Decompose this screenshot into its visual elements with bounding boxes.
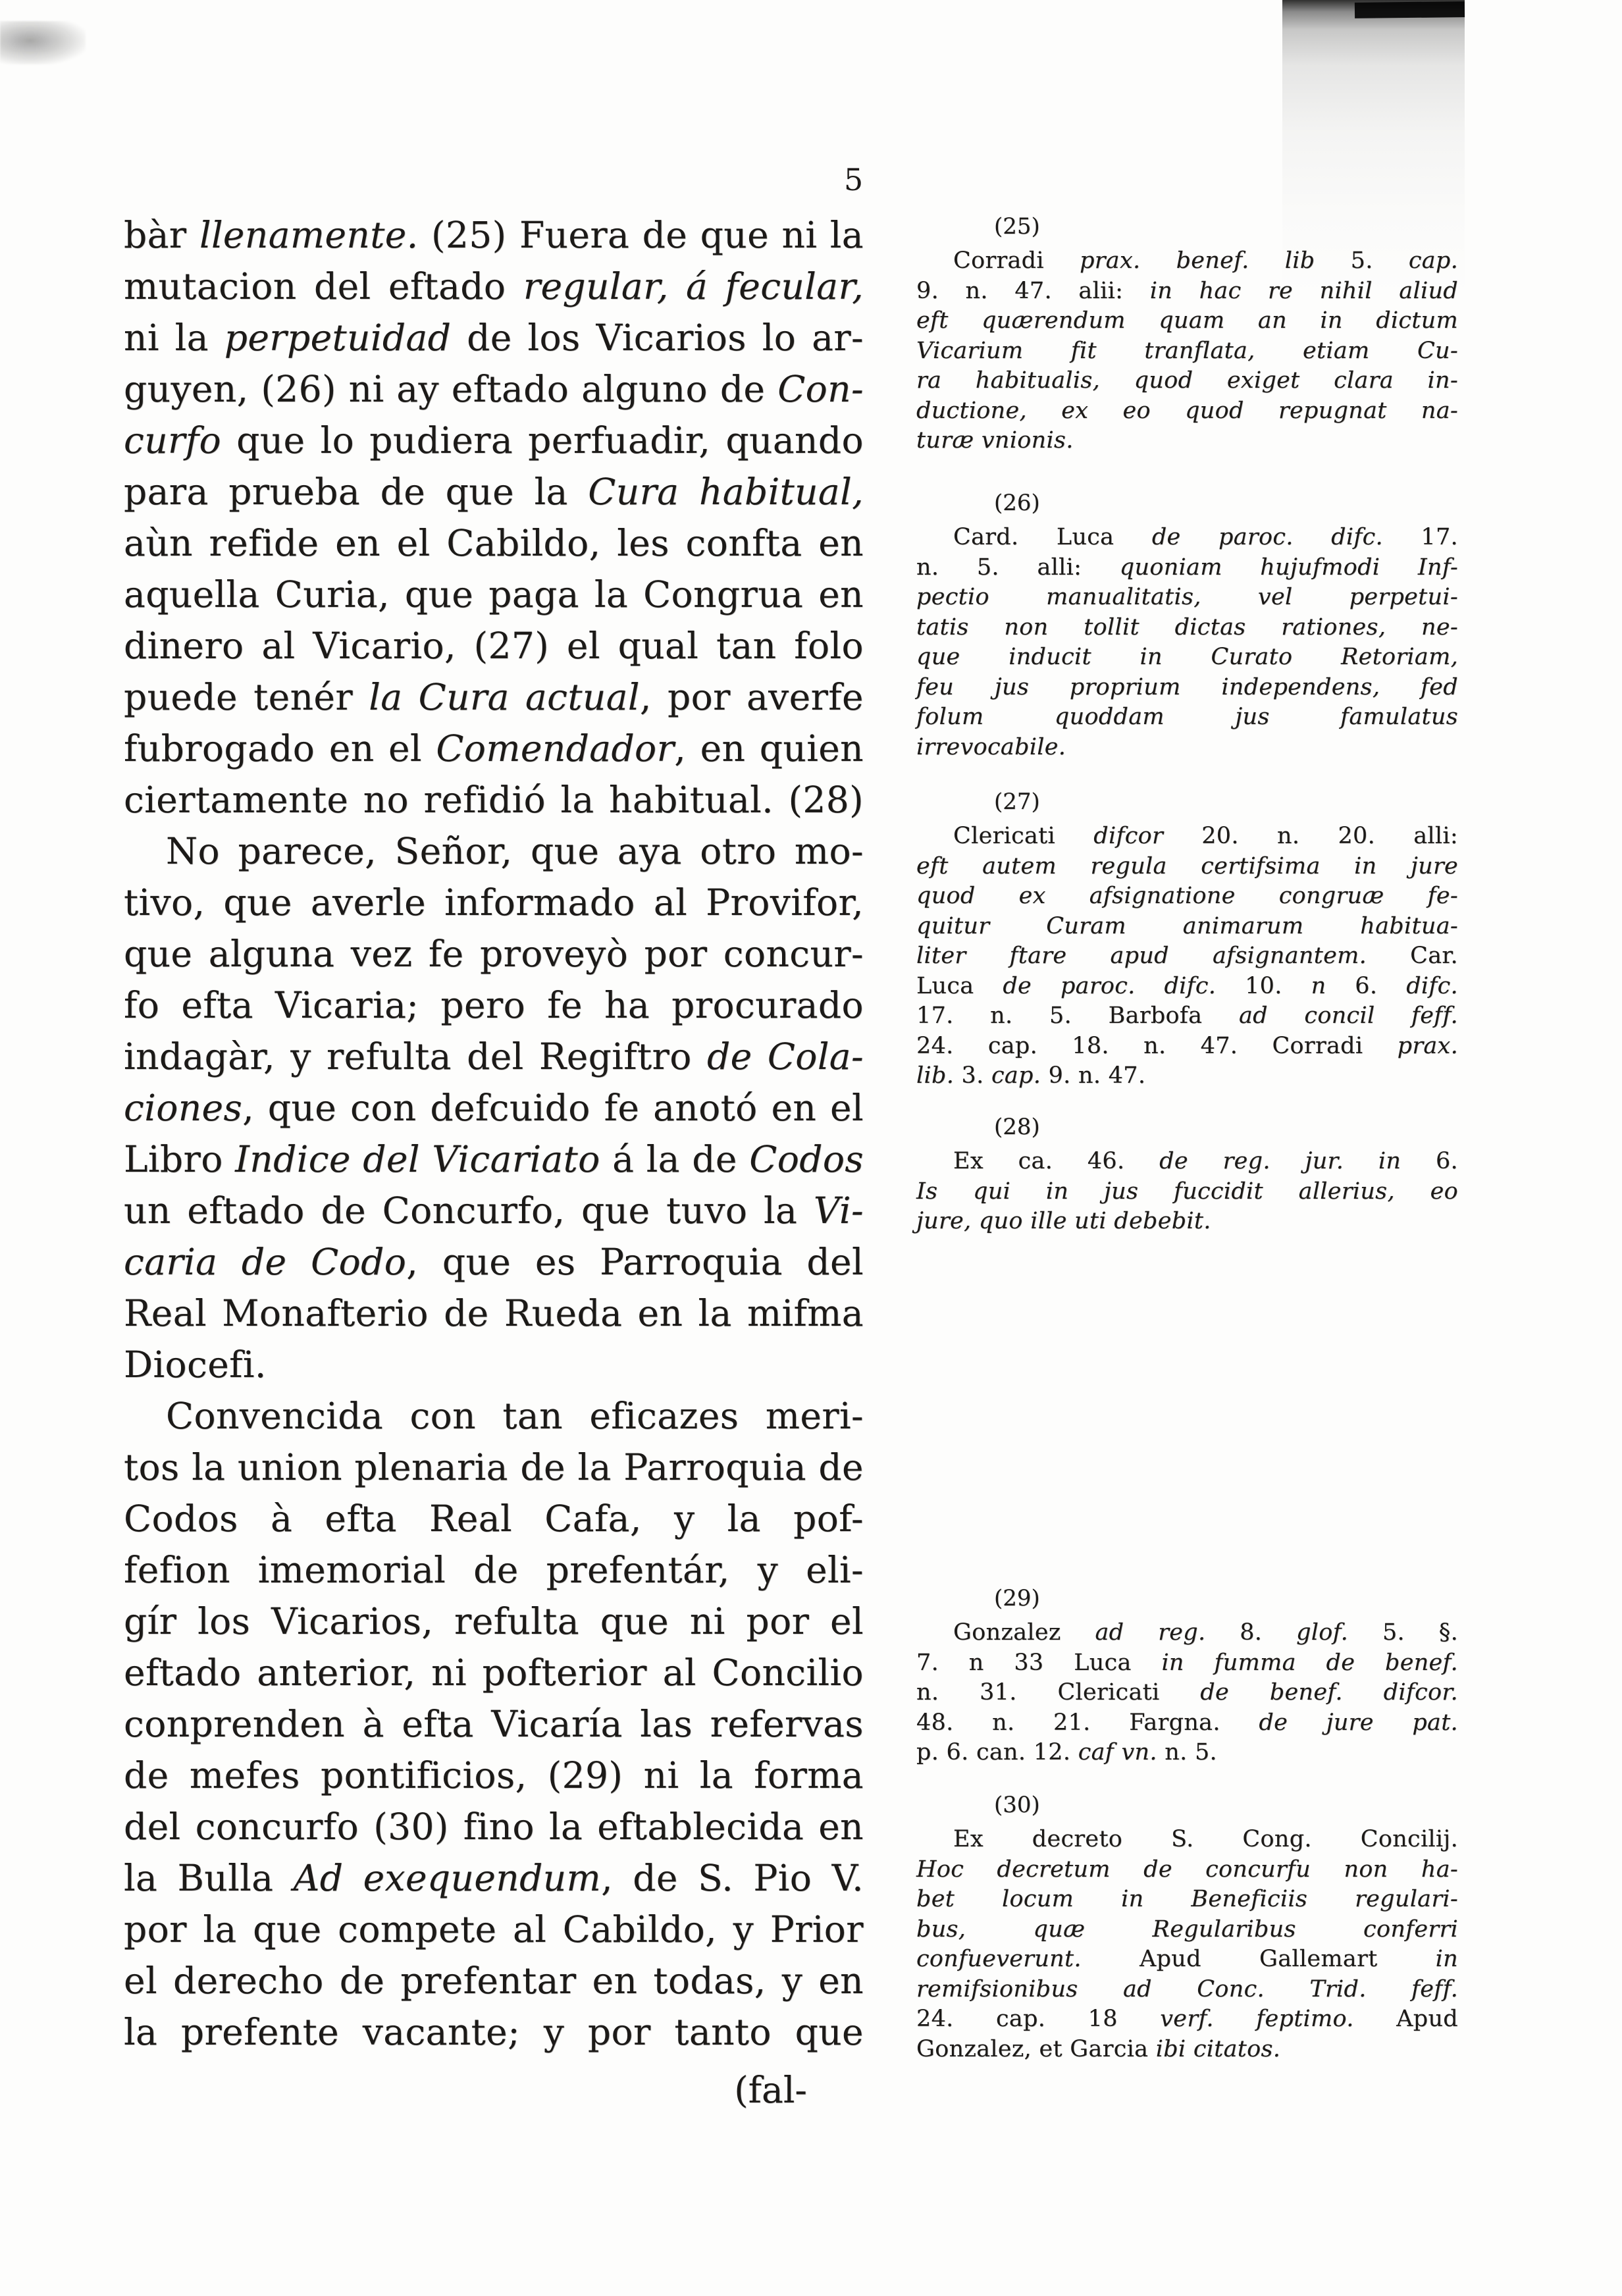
note-line: 9. n. 47. alii: in hac re nihil aliud — [916, 276, 1458, 307]
text-segment: 24. cap. 18 — [916, 2006, 1160, 2032]
italic-text-segment: Vi- — [814, 1189, 864, 1232]
italic-text-segment: llenamente. — [199, 214, 419, 256]
note-line: Vicarium fit tranflata, etiam Cu- — [916, 336, 1458, 367]
italic-text-segment: remifsionibus ad Conc. Trid. feff. — [916, 1976, 1458, 2002]
italic-text-segment: Vicarium fit tranflata, etiam Cu- — [916, 338, 1458, 364]
text-segment: un eftado de Concurfo, que tuvo la — [124, 1189, 814, 1232]
text-line: Codos à efta Real Cafa, y la pof- — [124, 1493, 864, 1544]
text-segment: aquella Curia, que paga la Congrua en — [124, 573, 864, 615]
page-number: 5 — [844, 165, 863, 195]
note-line: ra habitualis, quod exiget clara in- — [916, 366, 1458, 396]
text-line: Convencida con tan eficazes meri- — [124, 1390, 864, 1442]
main-text-column: bàr llenamente. (25) Fuera de que ni lam… — [124, 209, 864, 2058]
text-segment: Clericati — [953, 823, 1093, 849]
italic-text-segment: ciones — [124, 1087, 242, 1129]
scan-smudge-top-left — [0, 21, 86, 65]
italic-text-segment: lib. — [916, 1062, 962, 1089]
italic-text-segment: ad reg. — [1095, 1619, 1240, 1646]
text-segment: Convencida con tan eficazes meri- — [166, 1395, 864, 1437]
scan-noise-top-right-dark-band — [1355, 1, 1465, 18]
note-line: feu jus proprium independens, fed — [916, 673, 1458, 703]
text-segment: para prueba de que la — [124, 471, 588, 513]
text-line: mutacion del eftado regular, á fecular, — [124, 261, 864, 312]
text-segment: 5. — [1351, 248, 1409, 274]
margin-note: (28)Ex ca. 46. de reg. jur. in 6.Is qui … — [916, 1112, 1458, 1237]
text-line: ni la perpetuidad de los Vicarios lo ar- — [124, 312, 864, 363]
text-segment: puede tenér — [124, 676, 369, 718]
note-line: jure, quo ille uti debebit. — [916, 1207, 1458, 1237]
text-line: tos la union plenaria de la Parroquia de — [124, 1442, 864, 1493]
italic-text-segment: Cura habitual, — [588, 471, 864, 513]
note-line: liter ftare apud afsignantem. Car. — [916, 941, 1458, 972]
text-segment: Apud Gallemart — [1082, 1946, 1436, 1972]
text-line: fo efta Vicaria; pero fe ha procurado — [124, 979, 864, 1031]
text-segment: guyen, (26) ni ay eftado alguno de — [124, 368, 777, 410]
text-line: Diocefi. — [124, 1339, 864, 1390]
italic-text-segment: de paroc. difc. — [1003, 973, 1245, 999]
text-segment: ciertamente no refidió la habitual. (28) — [124, 779, 864, 821]
italic-text-segment: caf vn. — [1078, 1739, 1165, 1765]
margin-note: (29)Gonzalez ad reg. 8. glof. 5. §.7. n … — [916, 1584, 1458, 1768]
text-line: conprenden à efta Vicaría las refervas — [124, 1698, 864, 1750]
italic-text-segment: eft autem regula certifsima in jure — [916, 853, 1458, 879]
italic-text-segment: de jure pat. — [1259, 1709, 1458, 1736]
note-line: irrevocabile. — [916, 733, 1458, 763]
text-segment: Codos à efta Real Cafa, y la pof- — [124, 1498, 864, 1540]
text-segment: 20. n. 20. alli: — [1201, 823, 1458, 849]
text-segment: Ex decreto S. Cong. Concilij. — [953, 1826, 1458, 1852]
text-line: ciones, que con defcuido fe anotó en el — [124, 1082, 864, 1134]
note-line: que inducit in Curato Retoriam, — [916, 642, 1458, 673]
text-segment: 17. — [1421, 524, 1458, 550]
margin-note: (25)Corradi prax. benef. lib 5. cap.9. n… — [916, 212, 1458, 456]
text-line: que alguna vez fe proveyò por concur- — [124, 928, 864, 979]
text-segment: , por averfe — [640, 676, 864, 718]
text-segment: p. 6. can. 12. — [916, 1739, 1078, 1765]
text-segment: 3. — [962, 1062, 991, 1089]
text-segment: que lo pudiera perfuadir, quando — [221, 419, 864, 461]
text-segment: por la que compete al Cabildo, y Prior — [124, 1908, 864, 1950]
catchword: (fal- — [124, 2064, 807, 2116]
italic-text-segment: caria de Codo — [124, 1241, 406, 1283]
italic-text-segment: bet locum in Beneficiis regulari- — [916, 1886, 1458, 1912]
text-segment: 10. — [1245, 973, 1311, 999]
text-segment: Gonzalez — [953, 1619, 1095, 1646]
text-line: curfo que lo pudiera perfuadir, quando — [124, 415, 864, 466]
text-segment: Gonzalez, et Garcia — [916, 2036, 1156, 2062]
note-line: n. 31. Clericati de benef. difcor. — [916, 1678, 1458, 1708]
text-line: Libro Indice del Vicariato á la de Codos — [124, 1134, 864, 1185]
italic-text-segment: cap. — [991, 1062, 1049, 1089]
note-line: Gonzalez ad reg. 8. glof. 5. §. — [916, 1618, 1458, 1648]
italic-text-segment: la Cura actual — [369, 676, 640, 718]
text-segment: 17. n. 5. Barbofa — [916, 1003, 1239, 1029]
text-segment: la prefente vacante; y por tanto que — [124, 2011, 864, 2053]
text-segment: eftado anterior, ni pofterior al Concili… — [124, 1652, 864, 1694]
note-line: 17. n. 5. Barbofa ad concil feff. — [916, 1001, 1458, 1031]
text-segment: de los Vicarios lo ar- — [451, 317, 864, 359]
italic-text-segment: Hoc decretum de concurfu non ha- — [916, 1856, 1458, 1883]
note-number-label: (27) — [994, 787, 1458, 822]
note-line: lib. 3. cap. 9. n. 47. — [916, 1061, 1458, 1091]
text-segment: tos la union plenaria de la Parroquia de — [124, 1446, 864, 1488]
text-line: fubrogado en el Comendador, en quien — [124, 723, 864, 774]
note-number-label: (29) — [994, 1584, 1458, 1618]
italic-text-segment: de reg. jur. in — [1159, 1148, 1436, 1174]
text-segment: , que es Parroquia del — [406, 1241, 864, 1283]
note-line: Ex ca. 46. de reg. jur. in 6. — [916, 1147, 1458, 1177]
italic-text-segment: confueverunt. — [916, 1946, 1082, 1972]
note-number-label: (28) — [994, 1112, 1458, 1147]
italic-text-segment: regular, á fecular, — [523, 265, 864, 307]
text-segment: Luca — [916, 973, 1003, 999]
text-line: de mefes pontificios, (29) ni la forma — [124, 1750, 864, 1801]
italic-text-segment: ra habitualis, quod exiget clara in- — [916, 367, 1458, 394]
italic-text-segment: difcor — [1093, 823, 1201, 849]
text-segment: el derecho de prefentar en todas, y en — [124, 1960, 864, 2002]
italic-text-segment: in fumma de benef. — [1161, 1650, 1458, 1676]
text-line: puede tenér la Cura actual, por averfe — [124, 671, 864, 723]
note-number-label: (26) — [994, 488, 1458, 523]
text-line: para prueba de que la Cura habitual, — [124, 466, 864, 517]
text-segment: n. 5. alli: — [916, 554, 1120, 581]
text-segment: 48. n. 21. Fargna. — [916, 1709, 1259, 1736]
note-line: eft quærendum quam an in dictum — [916, 306, 1458, 336]
text-segment: 6. — [1436, 1148, 1458, 1174]
note-line: Card. Luca de paroc. difc. 17. — [916, 523, 1458, 553]
text-segment: n. 31. Clericati — [916, 1679, 1200, 1706]
text-line: gír los Vicarios, refulta que ni por el — [124, 1596, 864, 1647]
text-segment: fo efta Vicaria; pero fe ha procurado — [124, 984, 864, 1026]
text-segment: gír los Vicarios, refulta que ni por el — [124, 1600, 864, 1642]
italic-text-segment: feu jus proprium independens, fed — [916, 674, 1458, 700]
text-segment: Car. — [1367, 943, 1458, 969]
text-line: la prefente vacante; y por tanto que — [124, 2006, 864, 2058]
italic-text-segment: Con- — [777, 368, 864, 410]
text-line: caria de Codo, que es Parroquia del — [124, 1236, 864, 1288]
margin-note: (30)Ex decreto S. Cong. Concilij.Hoc dec… — [916, 1790, 1458, 2064]
text-segment: á la de — [600, 1138, 750, 1180]
margin-note: (27)Clericati difcor 20. n. 20. alli:eft… — [916, 787, 1458, 1091]
italic-text-segment: in — [1436, 1946, 1458, 1972]
text-line: aquella Curia, que paga la Congrua en — [124, 569, 864, 620]
text-segment: n. 5. — [1164, 1739, 1217, 1765]
text-segment: aùn refide en el Cabildo, les confta en — [124, 522, 864, 564]
note-line: Clericati difcor 20. n. 20. alli: — [916, 822, 1458, 852]
italic-text-segment: Indice del Vicariato — [235, 1138, 600, 1180]
note-line: Ex decreto S. Cong. Concilij. — [916, 1825, 1458, 1855]
scanned-page: 5 bàr llenamente. (25) Fuera de que ni l… — [0, 0, 1622, 2296]
note-line: ductione, ex eo quod repugnat na- — [916, 396, 1458, 427]
note-line: turæ vnionis. — [916, 426, 1458, 456]
text-segment: dinero al Vicario, (27) el qual tan folo — [124, 625, 864, 667]
text-segment: 9. n. 47. — [1049, 1062, 1146, 1089]
italic-text-segment: verf. feptimo. — [1160, 2006, 1396, 2032]
text-line: guyen, (26) ni ay eftado alguno de Con- — [124, 363, 864, 415]
italic-text-segment: irrevocabile. — [916, 734, 1066, 760]
margin-note: (26)Card. Luca de paroc. difc. 17.n. 5. … — [916, 488, 1458, 762]
text-segment: la Bulla — [124, 1857, 294, 1899]
text-segment: Diocefi. — [124, 1344, 267, 1386]
text-line: dinero al Vicario, (27) el qual tan folo — [124, 620, 864, 671]
italic-text-segment: eft quærendum quam an in dictum — [916, 307, 1458, 334]
text-line: eftado anterior, ni pofterior al Concili… — [124, 1647, 864, 1698]
note-line: 24. cap. 18. n. 47. Corradi prax. — [916, 1031, 1458, 1062]
note-line: Luca de paroc. difc. 10. n 6. difc. — [916, 972, 1458, 1002]
text-line: la Bulla Ad exequendum, de S. Pio V. — [124, 1852, 864, 1904]
note-line: bet locum in Beneficiis regulari- — [916, 1885, 1458, 1915]
text-segment: Corradi — [953, 248, 1080, 274]
note-line: pectio manualitatis, vel perpetui- — [916, 583, 1458, 613]
text-line: tivo, que averle informado al Provifor, — [124, 877, 864, 928]
text-segment: (25) Fuera de que ni la — [419, 214, 864, 256]
note-line: 48. n. 21. Fargna. de jure pat. — [916, 1708, 1458, 1738]
italic-text-segment: Comendador — [436, 727, 674, 770]
note-line: tatis non tollit dictas rationes, ne- — [916, 613, 1458, 643]
italic-text-segment: de paroc. difc. — [1152, 524, 1421, 550]
italic-text-segment: glof. — [1296, 1619, 1382, 1646]
note-line: confueverunt. Apud Gallemart in — [916, 1944, 1458, 1975]
italic-text-segment: de benef. difcor. — [1200, 1679, 1458, 1706]
italic-text-segment: in hac re nihil aliud — [1150, 278, 1458, 304]
note-line: 7. n 33 Luca in fumma de benef. — [916, 1648, 1458, 1679]
text-segment: mutacion del eftado — [124, 265, 523, 307]
italic-text-segment: tatis non tollit dictas rationes, ne- — [916, 614, 1458, 640]
italic-text-segment: de Cola- — [707, 1035, 864, 1078]
note-line: folum quoddam jus famulatus — [916, 702, 1458, 733]
text-segment: que alguna vez fe proveyò por concur- — [124, 933, 864, 975]
text-segment: conprenden à efta Vicaría las refervas — [124, 1703, 864, 1745]
text-segment: 5. §. — [1382, 1619, 1458, 1646]
text-line: un eftado de Concurfo, que tuvo la Vi- — [124, 1185, 864, 1236]
text-line: del concurfo (30) fino la eftablecida en — [124, 1801, 864, 1852]
text-segment: Apud — [1396, 2006, 1458, 2032]
text-segment: , de S. Pio V. — [601, 1857, 864, 1899]
text-segment: No parece, Señor, que aya otro mo- — [166, 830, 864, 872]
note-line: 24. cap. 18 verf. feptimo. Apud — [916, 2004, 1458, 2035]
italic-text-segment: prax. — [1398, 1033, 1458, 1059]
italic-text-segment: Is qui in jus fuccidit allerius, eo — [916, 1178, 1458, 1205]
italic-text-segment: perpetuidad — [224, 317, 452, 359]
note-line: quitur Curam animarum habitua- — [916, 912, 1458, 942]
note-line: Gonzalez, et Garcia ibi citatos. — [916, 2035, 1458, 2065]
note-line: eft autem regula certifsima in jure — [916, 852, 1458, 882]
text-segment: Real Monafterio de Rueda en la mifma — [124, 1292, 864, 1334]
note-number-label: (25) — [994, 212, 1458, 246]
text-segment: fefion imemorial de prefentár, y eli- — [124, 1549, 864, 1591]
text-segment: 7. n 33 Luca — [916, 1650, 1161, 1676]
text-line: por la que compete al Cabildo, y Prior — [124, 1904, 864, 1955]
italic-text-segment: pectio manualitatis, vel perpetui- — [916, 584, 1458, 610]
text-segment: bàr — [124, 214, 199, 256]
italic-text-segment: liter ftare apud afsignantem. — [916, 943, 1367, 969]
italic-text-segment: ibi citatos. — [1156, 2036, 1280, 2062]
note-line: Corradi prax. benef. lib 5. cap. — [916, 246, 1458, 276]
italic-text-segment: Ad exequendum — [294, 1857, 602, 1899]
text-line: fefion imemorial de prefentár, y eli- — [124, 1544, 864, 1596]
text-segment: de mefes pontificios, (29) ni la forma — [124, 1754, 864, 1796]
text-line: bàr llenamente. (25) Fuera de que ni la — [124, 209, 864, 261]
text-line: No parece, Señor, que aya otro mo- — [124, 825, 864, 877]
text-line: indagàr, y refulta del Regiftro de Cola- — [124, 1031, 864, 1082]
text-line: ciertamente no refidió la habitual. (28) — [124, 774, 864, 825]
text-segment: ni la — [124, 317, 224, 359]
italic-text-segment: quoniam hujufmodi Inf- — [1120, 554, 1458, 581]
note-line: remifsionibus ad Conc. Trid. feff. — [916, 1975, 1458, 2005]
note-line: p. 6. can. 12. caf vn. n. 5. — [916, 1738, 1458, 1768]
text-segment: Card. Luca — [953, 524, 1152, 550]
note-line: bus, quæ Regularibus conferri — [916, 1915, 1458, 1945]
italic-text-segment: folum quoddam jus famulatus — [916, 704, 1458, 730]
italic-text-segment: prax. benef. lib — [1080, 248, 1351, 274]
italic-text-segment: ductione, ex eo quod repugnat na- — [916, 398, 1458, 424]
text-segment: indagàr, y refulta del Regiftro — [124, 1035, 707, 1078]
italic-text-segment: difc. — [1406, 973, 1458, 999]
text-line: Real Monafterio de Rueda en la mifma — [124, 1288, 864, 1339]
italic-text-segment: jure, quo ille uti debebit. — [916, 1208, 1211, 1234]
text-segment: 6. — [1355, 973, 1406, 999]
italic-text-segment: ad concil feff. — [1239, 1003, 1458, 1029]
text-segment: Libro — [124, 1138, 235, 1180]
text-segment: tivo, que averle informado al Provifor, — [124, 881, 864, 924]
italic-text-segment: curfo — [124, 419, 221, 461]
italic-text-segment: bus, quæ Regularibus conferri — [916, 1916, 1458, 1943]
text-segment: del concurfo (30) fino la eftablecida en — [124, 1806, 864, 1848]
note-line: Is qui in jus fuccidit allerius, eo — [916, 1177, 1458, 1207]
italic-text-segment: turæ vnionis. — [916, 427, 1074, 454]
text-segment: , que con defcuido fe anotó en el — [242, 1087, 864, 1129]
text-segment: fubrogado en el — [124, 727, 436, 770]
note-line: Hoc decretum de concurfu non ha- — [916, 1855, 1458, 1885]
note-line: quod ex afsignatione congruæ fe- — [916, 881, 1458, 912]
text-segment: Ex ca. 46. — [953, 1148, 1159, 1174]
text-segment: 9. n. 47. alii: — [916, 278, 1150, 304]
text-segment: 24. cap. 18. n. 47. Corradi — [916, 1033, 1398, 1059]
note-line: n. 5. alli: quoniam hujufmodi Inf- — [916, 553, 1458, 583]
italic-text-segment: quitur Curam animarum habitua- — [916, 913, 1458, 939]
text-segment: 8. — [1240, 1619, 1296, 1646]
note-number-label: (30) — [994, 1790, 1458, 1825]
italic-text-segment: cap. — [1409, 248, 1458, 274]
text-segment: , en quien — [674, 727, 864, 770]
italic-text-segment: Codos — [749, 1138, 864, 1180]
text-line: el derecho de prefentar en todas, y en — [124, 1955, 864, 2006]
italic-text-segment: quod ex afsignatione congruæ fe- — [916, 883, 1458, 909]
italic-text-segment: n — [1311, 973, 1355, 999]
text-line: aùn refide en el Cabildo, les confta en — [124, 517, 864, 569]
italic-text-segment: que inducit in Curato Retoriam, — [916, 644, 1458, 670]
